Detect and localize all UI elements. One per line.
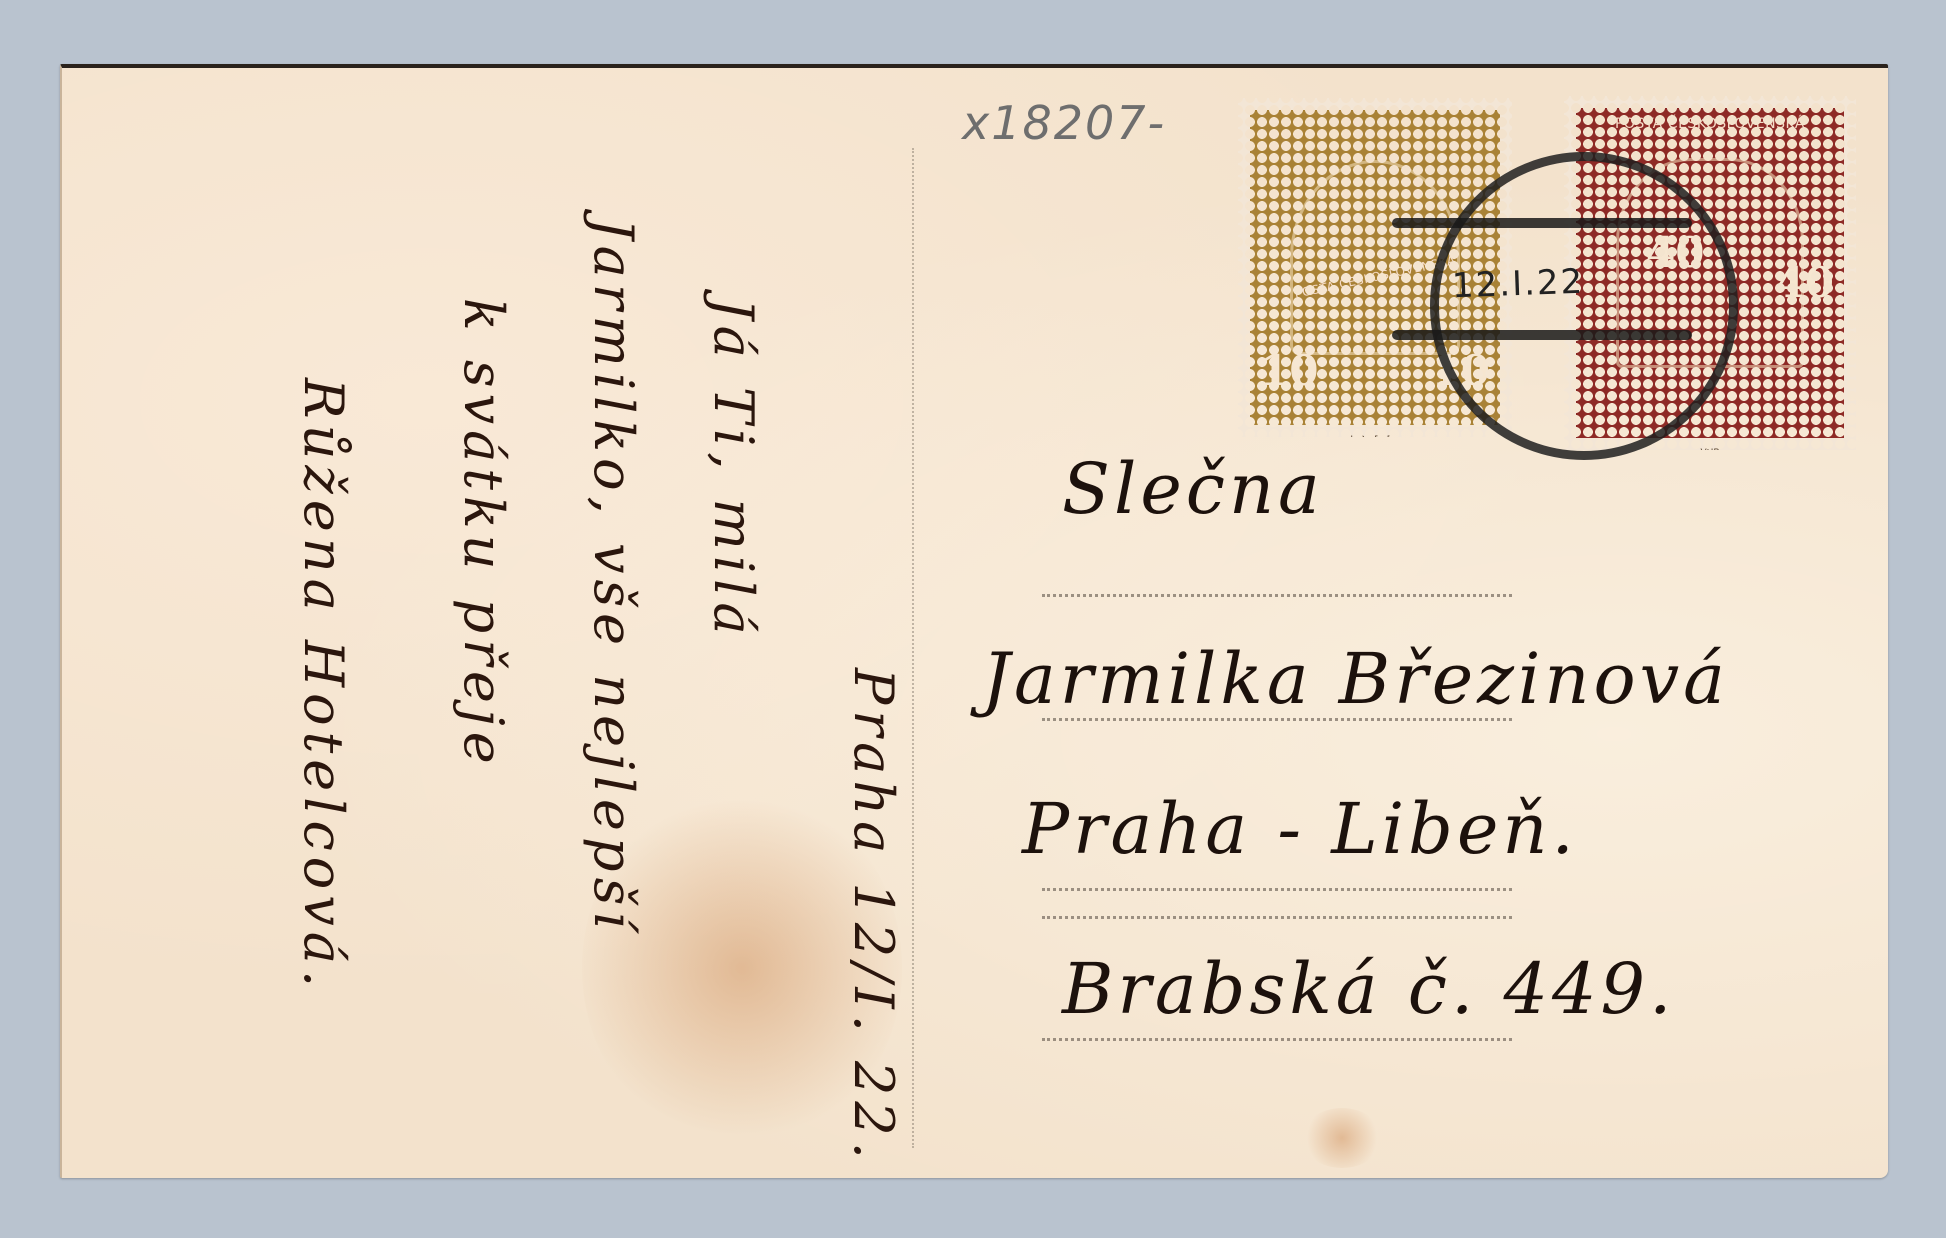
stamp-designer: JAR·BENDA bbox=[1250, 435, 1500, 445]
message-line: k svátku přeje bbox=[452, 298, 515, 770]
address-street: Brabská č. 449. bbox=[1062, 948, 1675, 1030]
postmark-bar bbox=[1392, 330, 1692, 340]
message-place-date: Praha 12/I. 22. bbox=[842, 668, 905, 1165]
stamp-value: 40 bbox=[1776, 258, 1834, 307]
message-block: Praha 12/I. 22. Já Ti, milá Jarmilko, vš… bbox=[202, 218, 942, 1158]
message-line: Růžena Hotelcová. bbox=[292, 378, 355, 993]
address-rule bbox=[1042, 594, 1512, 597]
stain bbox=[1302, 1108, 1382, 1168]
address-rule bbox=[1042, 718, 1512, 721]
address-name: Jarmilka Březinová bbox=[982, 638, 1729, 720]
message-line: Já Ti, milá bbox=[702, 298, 765, 641]
stamp-value: 10 bbox=[1260, 346, 1318, 395]
address-title: Slečna bbox=[1062, 448, 1324, 530]
message-line: Jarmilko, vše nejlepší bbox=[582, 218, 645, 935]
pencil-note: x18207- bbox=[962, 96, 1166, 150]
address-rule bbox=[1042, 1038, 1512, 1041]
address-rule bbox=[1042, 916, 1512, 919]
postcard: x18207- POSTA ČESKOSLOVENSKÁ 10 10 JAR·B… bbox=[60, 64, 1888, 1178]
postmark-circle bbox=[1430, 152, 1738, 460]
stamp-country: POSTA ČESKOSLOVENSKÁ bbox=[1584, 116, 1836, 132]
postmark-date: 12.I.22 bbox=[1451, 262, 1584, 307]
address-city: Praha - Libeň. bbox=[1022, 788, 1578, 870]
postmark-bar bbox=[1392, 218, 1692, 228]
address-rule bbox=[1042, 888, 1512, 891]
